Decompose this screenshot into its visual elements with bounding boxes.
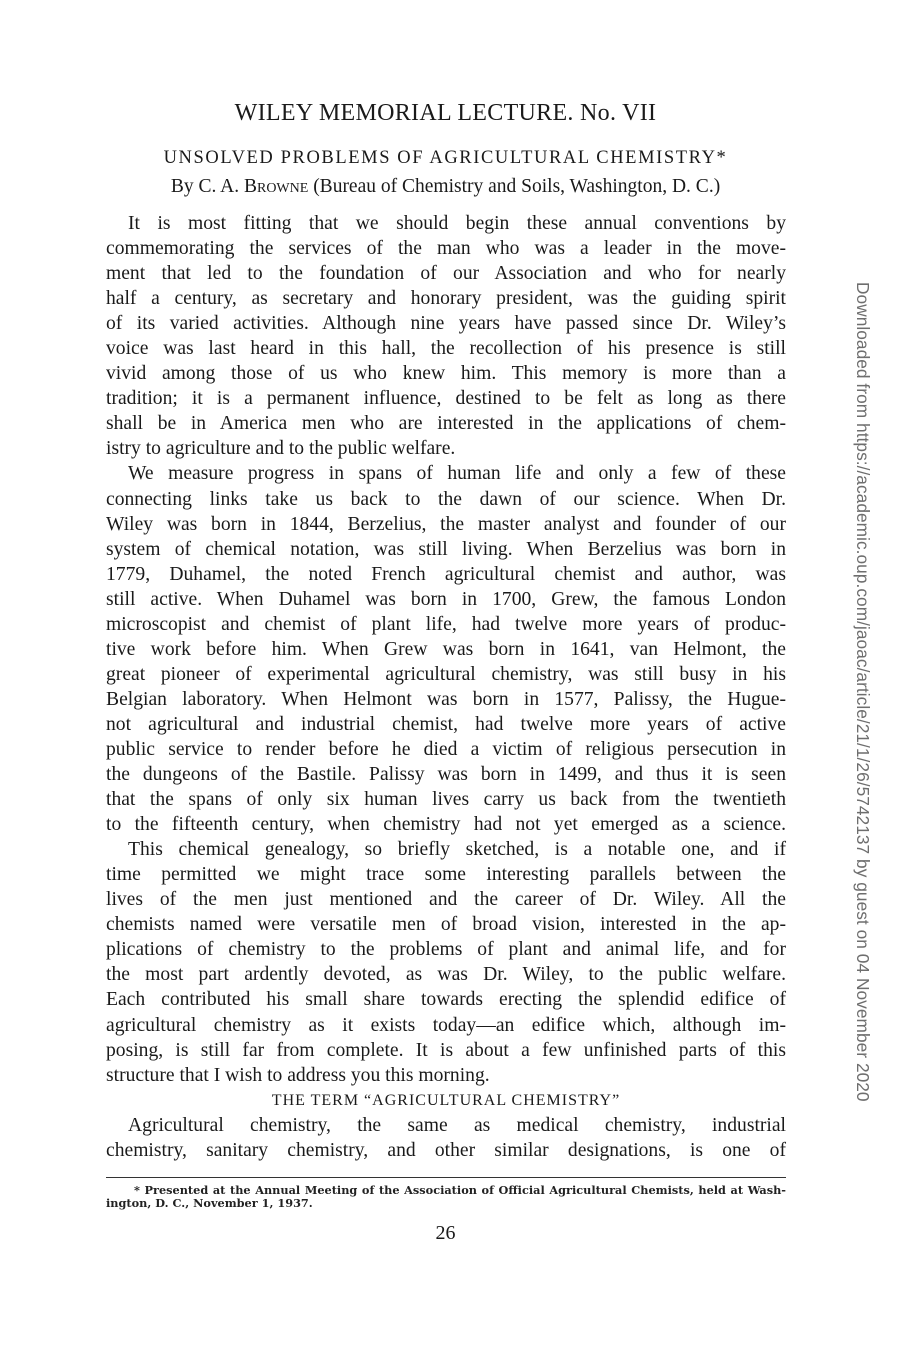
text-line: tradition; it is a permanent influence, … <box>106 386 786 411</box>
text-line: 1779, Duhamel, the noted French agricult… <box>106 562 786 587</box>
footnote-line: * Presented at the Annual Meeting of the… <box>106 1184 786 1197</box>
text-line: tive work before him. When Grew was born… <box>106 637 786 662</box>
article-title: UNSOLVED PROBLEMS OF AGRICULTURAL CHEMIS… <box>105 146 786 170</box>
text-line: posing, is still far from complete. It i… <box>106 1038 786 1063</box>
page-number: 26 <box>105 1222 786 1245</box>
text-line: Each contributed his small share towards… <box>106 987 786 1012</box>
text-line: microscopist and chemist of plant life, … <box>106 612 786 637</box>
text-line: structure that I wish to address you thi… <box>106 1063 786 1088</box>
text-line: ment that led to the foundation of our A… <box>106 261 786 286</box>
text-line: vivid among those of us who knew him. Th… <box>106 361 786 386</box>
author-name: Browne <box>244 176 308 197</box>
download-watermark: Downloaded from https://academic.oup.com… <box>848 282 878 1082</box>
text-line: chemists named were versatile men of bro… <box>106 912 786 937</box>
text-line: of its varied activities. Although nine … <box>106 311 786 336</box>
text-line: commemorating the services of the man wh… <box>106 236 786 261</box>
text-line: Wiley was born in 1844, Berzelius, the m… <box>106 512 786 537</box>
text-line: the most part ardently devoted, as was D… <box>106 962 786 987</box>
text-line: Agricultural chemistry, the same as medi… <box>106 1113 786 1138</box>
text-line: time permitted we might trace some inter… <box>106 862 786 887</box>
text-line: istry to agriculture and to the public w… <box>106 436 786 461</box>
text-line: the dungeons of the Bastile. Palissy was… <box>106 762 786 787</box>
text-line: agricultural chemistry as it exists toda… <box>106 1013 786 1038</box>
text-line: chemistry, sanitary chemistry, and other… <box>106 1138 786 1163</box>
byline: By C. A. Browne (Bureau of Chemistry and… <box>105 174 786 200</box>
text-line: shall be in America men who are interest… <box>106 411 786 436</box>
footnote-line: ington, D. C., November 1, 1937. <box>106 1197 786 1210</box>
paragraph-3: This chemical genealogy, so briefly sket… <box>106 837 786 1087</box>
text-line: half a century, as secretary and honorar… <box>106 286 786 311</box>
paragraph-1: It is most fitting that we should begin … <box>106 211 786 461</box>
text-line: We measure progress in spans of human li… <box>106 461 786 486</box>
paper-page: WILEY MEMORIAL LECTURE. No. VII UNSOLVED… <box>0 0 901 1350</box>
text-line: This chemical genealogy, so briefly sket… <box>106 837 786 862</box>
byline-prefix: By C. A. <box>171 176 244 197</box>
text-line: connecting links take us back to the daw… <box>106 487 786 512</box>
text-line: not agricultural and industrial chemist,… <box>106 712 786 737</box>
watermark-text: Downloaded from https://academic.oup.com… <box>852 282 873 1102</box>
article-body: It is most fitting that we should begin … <box>106 211 786 1163</box>
section-heading: THE TERM “AGRICULTURAL CHEMISTRY” <box>106 1088 786 1113</box>
text-line: lives of the men just mentioned and the … <box>106 887 786 912</box>
footnote-divider <box>106 1177 786 1178</box>
author-affiliation: (Bureau of Chemistry and Soils, Washingt… <box>308 176 720 197</box>
text-line: plications of chemistry to the problems … <box>106 937 786 962</box>
text-line: Belgian laboratory. When Helmont was bor… <box>106 687 786 712</box>
text-line: system of chemical notation, was still l… <box>106 537 786 562</box>
text-line: It is most fitting that we should begin … <box>106 211 786 236</box>
text-line: public service to render before he died … <box>106 737 786 762</box>
section-agricultural-chemistry: THE TERM “AGRICULTURAL CHEMISTRY” Agricu… <box>106 1088 786 1163</box>
text-line: still active. When Duhamel was born in 1… <box>106 587 786 612</box>
text-line: that the spans of only six human lives c… <box>106 787 786 812</box>
paragraph-2: We measure progress in spans of human li… <box>106 461 786 837</box>
text-line: to the fifteenth century, when chemistry… <box>106 812 786 837</box>
footnote: * Presented at the Annual Meeting of the… <box>106 1184 786 1209</box>
text-line: great pioneer of experimental agricultur… <box>106 662 786 687</box>
lecture-title: WILEY MEMORIAL LECTURE. No. VII <box>105 98 786 128</box>
text-line: voice was last heard in this hall, the r… <box>106 336 786 361</box>
